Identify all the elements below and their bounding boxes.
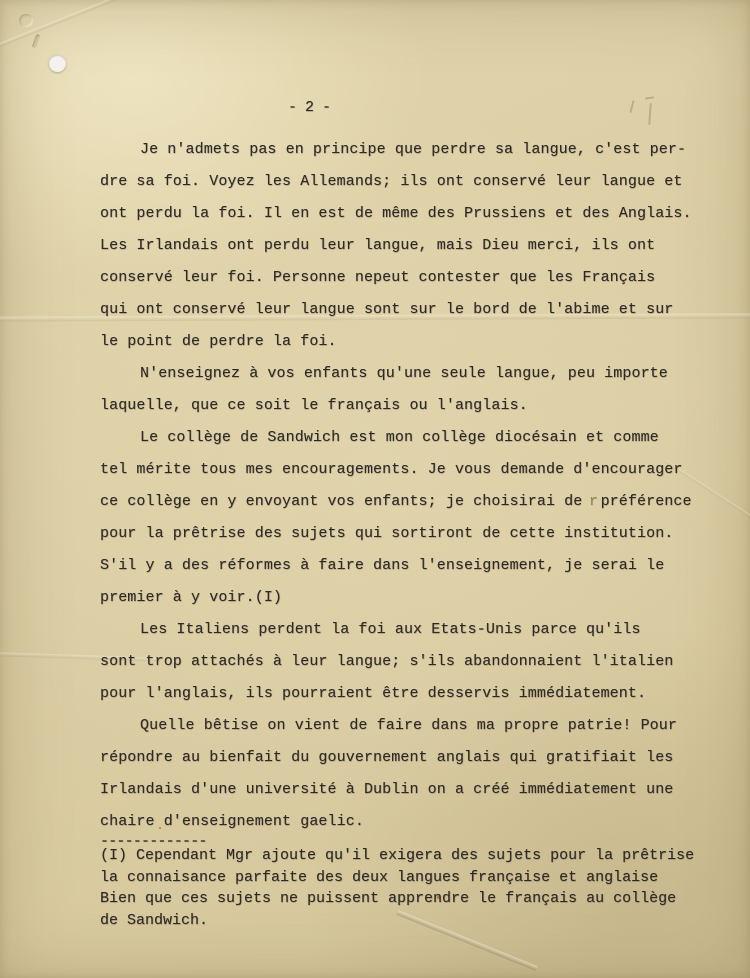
footnote-line: (I) Cependant Mgr ajoute qu'il exigera d… bbox=[100, 845, 730, 867]
typed-line: pour la prêtrise des sujets qui sortiron… bbox=[100, 518, 720, 550]
document-body: Je n'admets pas en principe que perdre s… bbox=[100, 134, 720, 838]
paper-dent-ring bbox=[19, 14, 33, 27]
typed-line: Quelle bêtise on vient de faire dans ma … bbox=[100, 710, 720, 742]
typed-line: conservé leur foi. Personne nepeut conte… bbox=[100, 262, 720, 294]
ghost-typed-character: r bbox=[589, 486, 598, 518]
page-number: - 2 - bbox=[288, 98, 331, 118]
typed-line: pour l'anglais, ils pourraient être dess… bbox=[100, 678, 720, 710]
pencil-mark bbox=[645, 96, 654, 99]
typed-line: tel mérite tous mes encouragements. Je v… bbox=[100, 454, 720, 486]
fold-crease-top-left bbox=[0, 0, 127, 52]
paper-dent-mark bbox=[32, 34, 41, 49]
footnote: (I) Cependant Mgr ajoute qu'il exigera d… bbox=[100, 845, 730, 931]
typed-line: premier à y voir.(I) bbox=[100, 582, 720, 614]
typed-line: N'enseignez à vos enfants qu'une seule l… bbox=[100, 358, 720, 390]
typed-line: S'il y a des réformes à faire dans l'ens… bbox=[100, 550, 720, 582]
typed-line: Les Irlandais ont perdu leur langue, mai… bbox=[100, 230, 720, 262]
typed-line: répondre au bienfait du gouvernement ang… bbox=[100, 742, 720, 774]
footnote-line: Bien que ces sujets ne puissent apprendr… bbox=[100, 888, 730, 910]
typed-line: le point de perdre la foi. bbox=[100, 326, 720, 358]
paragraph: Les Italiens perdent la foi aux Etats-Un… bbox=[100, 614, 720, 710]
typed-line: Je n'admets pas en principe que perdre s… bbox=[100, 134, 720, 166]
typed-line: ce collège en y envoyant vos enfants; je… bbox=[100, 486, 720, 518]
footnote-line: la connaisance parfaite des deux langues… bbox=[100, 867, 730, 889]
paragraph: N'enseignez à vos enfants qu'une seule l… bbox=[100, 358, 720, 422]
paragraph: Le collège de Sandwich est mon collège d… bbox=[100, 422, 720, 614]
paragraph: Quelle bêtise on vient de faire dans ma … bbox=[100, 710, 720, 838]
footnote-line: de Sandwich. bbox=[100, 910, 730, 932]
typed-line: Irlandais d'une université à Dublin on a… bbox=[100, 774, 720, 806]
pencil-mark bbox=[629, 100, 634, 113]
typed-line: dre sa foi. Voyez les Allemands; ils ont… bbox=[100, 166, 720, 198]
paragraph: Je n'admets pas en principe que perdre s… bbox=[100, 134, 720, 358]
typed-line: sont trop attachés à leur langue; s'ils … bbox=[100, 646, 720, 678]
typed-line: ont perdu la foi. Il en est de même des … bbox=[100, 198, 720, 230]
scanned-typewritten-page: - 2 - Je n'admets pas en principe que pe… bbox=[0, 0, 750, 978]
typed-line: qui ont conservé leur langue sont sur le… bbox=[100, 294, 720, 326]
typed-line: Le collège de Sandwich est mon collège d… bbox=[100, 422, 720, 454]
typed-line: laquelle, que ce soit le français ou l'a… bbox=[100, 390, 720, 422]
typed-line: Les Italiens perdent la foi aux Etats-Un… bbox=[100, 614, 720, 646]
pencil-mark bbox=[648, 103, 652, 125]
hole-punch bbox=[49, 55, 66, 72]
